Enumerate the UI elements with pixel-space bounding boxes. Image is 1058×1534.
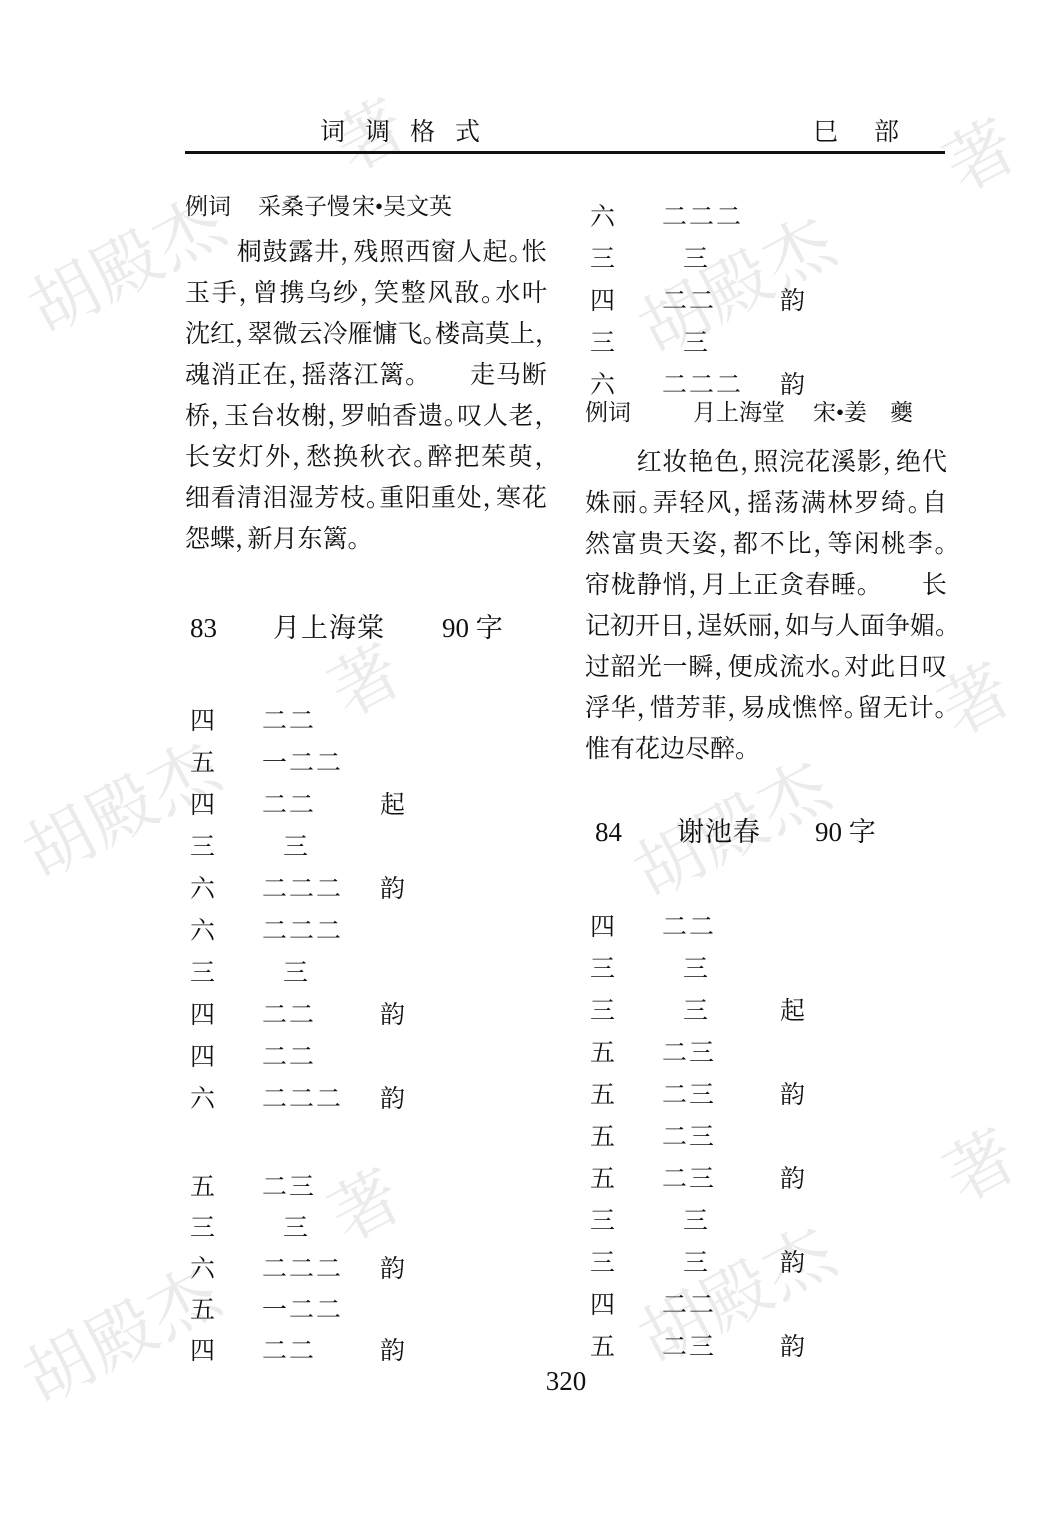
pattern-row: 三三: [185, 1201, 547, 1242]
poem-char: 重: [379, 478, 404, 519]
tune-name: 谢池春: [677, 815, 761, 849]
poem-char: 自: [922, 483, 947, 524]
poem-char: 在: [263, 355, 288, 396]
poem-char: 李: [908, 524, 933, 565]
poem-line: 桥，玉台妆榭，罗帕香遗。叹人老，: [185, 396, 547, 437]
poem-line: 浮华，惜芳菲，易成憔悴。留无计。: [585, 688, 947, 729]
beat-pattern: 二二: [662, 907, 716, 943]
line-length-number: 三: [190, 953, 215, 989]
poem-char: 遗: [418, 396, 443, 437]
rhyme-marker: 韵: [380, 1331, 405, 1367]
poem-char: 溪: [831, 442, 856, 483]
pattern-row: 四二二: [585, 900, 947, 942]
poem-char: 水: [805, 647, 830, 688]
pattern-row: 三三: [185, 820, 547, 862]
poem-char: 。: [857, 565, 870, 606]
poem-char: 尽: [685, 729, 710, 770]
line-length-number: 四: [190, 1331, 215, 1367]
poem-char: 人: [457, 232, 482, 273]
poem-char: ，: [773, 606, 786, 647]
poem-char: ，: [327, 396, 340, 437]
poem-char: 莫: [485, 314, 510, 355]
beat-pattern: 三: [283, 953, 310, 989]
rhyme-marker: 韵: [380, 1079, 405, 1115]
poem-char: 月: [273, 519, 298, 560]
poem-char: 飞: [398, 314, 423, 355]
poem-char: 荡: [774, 483, 799, 524]
rhyme-marker: 韵: [380, 869, 405, 905]
poem-char: 边: [660, 729, 685, 770]
beat-pattern: 三: [683, 239, 710, 275]
poem-char: 惜: [650, 688, 675, 729]
poem-char: ，: [883, 442, 896, 483]
poem-line: 长安灯外，愁换秋衣。醉把茱萸，: [185, 437, 547, 478]
pattern-row: 六二二二韵: [185, 1072, 547, 1114]
poem-char: 看: [211, 478, 236, 519]
poem-char: ，: [288, 355, 301, 396]
beat-pattern: 三: [283, 1208, 310, 1244]
example-poem: 红妆艳色，照浣花溪影，绝代姝丽。弄轻风，摇荡满林罗绮。自然富贵天姿，都不比，等闲…: [585, 442, 947, 770]
poem-char: 天: [665, 524, 690, 565]
poem-char: 寒: [496, 478, 521, 519]
poem-char: 安: [212, 437, 237, 478]
poem-char: 弄: [653, 483, 678, 524]
poem-char: 曾: [253, 273, 278, 314]
page-number: 320: [185, 1366, 947, 1397]
line-length-number: 三: [590, 991, 615, 1027]
pattern-row: 四二二: [185, 1030, 547, 1072]
poem-char: [611, 442, 636, 483]
poem-char: 。: [508, 232, 521, 273]
poem-line: 桐鼓露井，残照西窗人起。怅: [185, 232, 547, 273]
poem-char: 。: [444, 396, 457, 437]
poem-char: 流: [779, 647, 804, 688]
poem-char: 计: [909, 688, 934, 729]
poem-char: 绝: [896, 442, 921, 483]
poem-char: 成: [766, 688, 791, 729]
poem-char: 照: [753, 442, 778, 483]
poem-char: 纱: [333, 273, 358, 314]
poem-char: 桐: [237, 232, 262, 273]
beat-pattern: 二三: [662, 1159, 716, 1195]
poem-char: 秋: [360, 437, 385, 478]
poem-char: 照: [379, 232, 404, 273]
poem-line: 细看清泪湿芳枝。重阳重处，寒花: [185, 478, 547, 519]
poem-char: 叹: [922, 647, 947, 688]
poem-char: [185, 232, 210, 273]
poem-char: 春: [805, 565, 830, 606]
poem-char: 处: [457, 478, 482, 519]
poem-char: 携: [280, 273, 305, 314]
poem-char: 。: [908, 483, 921, 524]
poem-char: 怅: [522, 232, 547, 273]
poem-char: 都: [733, 524, 758, 565]
poem-char: 影: [857, 442, 882, 483]
poem-char: ，: [239, 273, 252, 314]
poem-line: 魂消正在，摇落江篱。走马断: [185, 355, 547, 396]
beat-pattern: 二二二: [662, 197, 743, 233]
beat-pattern: 二三: [662, 1117, 716, 1153]
poem-char: 蝶: [210, 519, 235, 560]
poem-char: 贪: [779, 565, 804, 606]
pattern-row: 六二二二: [185, 904, 547, 946]
beat-pattern: 二二: [662, 1285, 716, 1321]
poem-char: 。: [934, 688, 947, 729]
watermark-author-suffix: 著: [933, 106, 1030, 206]
poem-char: ，: [292, 437, 305, 478]
poem-char: 玉: [224, 396, 249, 437]
pattern-rows: 四二二三三三三起五二三五二三韵五二三五二三韵三三三三韵四二二五二三韵: [585, 900, 947, 1362]
line-length-number: 五: [190, 1167, 215, 1203]
poem-char: 留: [857, 688, 882, 729]
poem-char: 不: [760, 524, 785, 565]
beat-pattern: 二二二: [262, 869, 343, 905]
poem-char: 便: [728, 647, 753, 688]
line-length-number: 三: [590, 1201, 615, 1237]
poem-line: 然富贵天姿，都不比，等闲桃李。: [585, 524, 947, 565]
poem-char: 萸: [508, 437, 533, 478]
poem-char: 魂: [185, 355, 210, 396]
beat-pattern: 二二二: [262, 911, 343, 947]
poem-char: 妆: [276, 396, 301, 437]
poem-char: 媚: [910, 606, 935, 647]
rhyme-marker: 韵: [780, 1075, 805, 1111]
poem-char: 微: [273, 314, 298, 355]
poem-char: 湿: [288, 478, 313, 519]
poem-char: 惟: [585, 729, 610, 770]
poem-char: 正: [753, 565, 778, 606]
pattern-row: 四二二: [585, 1278, 947, 1320]
beat-pattern: 二二: [262, 1331, 316, 1367]
poem-char: 玉: [185, 273, 210, 314]
poem-char: 风: [428, 273, 453, 314]
poem-char: 把: [454, 437, 479, 478]
poem-char: 人: [483, 396, 508, 437]
line-length-number: 五: [590, 1075, 615, 1111]
poem-char: 。: [366, 478, 379, 519]
pattern-row: 五二三韵: [585, 1068, 947, 1110]
poem-char: 瞬: [688, 647, 713, 688]
pattern-row: 三三: [585, 232, 947, 274]
poem-char: 红: [210, 314, 235, 355]
poem-char: 榭: [301, 396, 326, 437]
line-length-number: 四: [190, 785, 215, 821]
tune-number: 84: [595, 815, 622, 849]
pattern-row: 六二二二韵: [185, 1242, 547, 1283]
rhyme-marker: 起: [780, 991, 805, 1027]
poem-char: ，: [483, 478, 496, 519]
pattern-row: 五二三: [585, 1026, 947, 1068]
poem-char: 易: [741, 688, 766, 729]
beat-pattern: 二二: [262, 785, 316, 821]
example-author-given-name: 夔: [890, 398, 913, 428]
poem-char: 记: [585, 606, 610, 647]
beat-pattern: 二二: [262, 701, 316, 737]
poem-char: ，: [535, 437, 548, 478]
poem-char: [418, 355, 443, 396]
poem-char: 楼: [435, 314, 460, 355]
rhyme-marker: 韵: [780, 1159, 805, 1195]
poem-char: ，: [714, 647, 727, 688]
beat-pattern: 二三: [662, 1075, 716, 1111]
poem-char: 。: [639, 483, 652, 524]
poem-char: 落: [328, 355, 353, 396]
pattern-rows-carryover: 六二二二三三四二二韵三三六二二二韵: [585, 190, 947, 400]
poem-char: 栊: [611, 565, 636, 606]
poem-char: 风: [706, 483, 731, 524]
beat-pattern: 一二二: [262, 1290, 343, 1326]
poem-char: 江: [353, 355, 378, 396]
rhyme-marker: 起: [380, 785, 405, 821]
pattern-row: 五二三韵: [585, 1320, 947, 1362]
poem-char: 台: [250, 396, 275, 437]
watermark-author-suffix: 著: [933, 1116, 1030, 1216]
poem-char: 外: [265, 437, 290, 478]
pattern-row: 三三: [585, 316, 947, 358]
poem-char: 悄: [663, 565, 688, 606]
poem-char: 露: [288, 232, 313, 273]
poem-char: ，: [235, 314, 248, 355]
poem-char: 换: [333, 437, 358, 478]
poem-char: 妆: [663, 442, 688, 483]
poem-char: 马: [496, 355, 521, 396]
line-length-number: 六: [190, 869, 215, 905]
poem-char: 篱: [323, 519, 348, 560]
poem-char: 阳: [405, 478, 430, 519]
line-length-number: 四: [190, 701, 215, 737]
poem-char: 等: [828, 524, 853, 565]
pattern-row: 六二二二: [585, 190, 947, 232]
poem-char: 姿: [692, 524, 717, 565]
poem-char: ，: [211, 396, 224, 437]
example-word-label: 例词: [585, 398, 631, 428]
poem-char: 芳: [676, 688, 701, 729]
poem-char: 面: [860, 606, 885, 647]
beat-pattern: 一二二: [262, 743, 343, 779]
poem-char: 。: [831, 647, 844, 688]
beat-pattern: 三: [683, 323, 710, 359]
poem-char: 芳: [314, 478, 339, 519]
poem-char: 笑: [374, 273, 399, 314]
poem-char: 起: [483, 232, 508, 273]
poem-char: 摇: [747, 483, 772, 524]
poem-char: 与: [810, 606, 835, 647]
poem-char: 。: [481, 273, 494, 314]
example-word-label: 例词: [185, 192, 231, 222]
poem-char: 罗: [341, 396, 366, 437]
poem-char: [585, 442, 610, 483]
poem-line: 沈红，翠微云冷雁慵飞。楼高莫上，: [185, 314, 547, 355]
poem-char: 花: [522, 478, 547, 519]
poem-char: 有: [610, 729, 635, 770]
poem-char: 枝: [340, 478, 365, 519]
poem-line: 记初开日，逞妖丽，如与人面争媚。: [585, 606, 947, 647]
pattern-rows-stanza1: 四二二五一二二四二二起三三六二二二韵六二二二三三四二二韵四二二六二二二韵: [185, 694, 547, 1114]
poem-char: 静: [637, 565, 662, 606]
poem-char: 无: [883, 688, 908, 729]
poem-char: 罗: [854, 483, 879, 524]
poem-char: 摇: [302, 355, 327, 396]
beat-pattern: 二二: [262, 995, 316, 1031]
tune-length: 90 字: [442, 611, 503, 645]
poem-char: ，: [733, 483, 746, 524]
poem-char: 正: [237, 355, 262, 396]
line-length-number: 三: [590, 239, 615, 275]
beat-pattern: 二二二: [262, 1249, 343, 1285]
poem-char: 比: [787, 524, 812, 565]
poem-char: 色: [714, 442, 739, 483]
pattern-row: 四二二韵: [585, 274, 947, 316]
poem-char: 花: [805, 442, 830, 483]
poem-char: 衣: [387, 437, 412, 478]
pattern-row: 四二二: [185, 694, 547, 736]
line-length-number: 六: [190, 1249, 215, 1285]
poem-char: 代: [922, 442, 947, 483]
line-length-number: 五: [590, 1033, 615, 1069]
beat-pattern: 二二: [262, 1037, 316, 1073]
poem-line: 惟有花边尽醉。: [585, 729, 947, 770]
poem-char: 轻: [680, 483, 705, 524]
poem-char: 鼓: [263, 232, 288, 273]
poem-char: 高: [460, 314, 485, 355]
poem-line: 红妆艳色，照浣花溪影，绝代: [585, 442, 947, 483]
poem-char: 丽: [612, 483, 637, 524]
beat-pattern: 三: [683, 1201, 710, 1237]
pattern-row: 四二二韵: [185, 988, 547, 1030]
tune-number: 83: [190, 611, 217, 645]
rhyme-marker: 韵: [380, 1249, 405, 1285]
poem-char: ，: [535, 314, 548, 355]
line-length-number: 三: [190, 827, 215, 863]
poem-char: 醉: [710, 729, 735, 770]
pattern-row: 五二三: [585, 1110, 947, 1152]
poem-char: 对: [844, 647, 869, 688]
left-column: 例词 采桑子慢 宋•吴文英 桐鼓露井，残照西窗人起。怅玉手，曾携乌纱，笑整风敔。…: [185, 0, 547, 1534]
beat-pattern: 三: [283, 827, 310, 863]
poem-char: 茱: [481, 437, 506, 478]
poem-char: 花: [635, 729, 660, 770]
poem-char: [211, 232, 236, 273]
pattern-row: 三三: [585, 1194, 947, 1236]
example-tune-title: 月上海堂: [693, 398, 785, 428]
poem-char: 云: [298, 314, 323, 355]
example-author: 宋•吴文英: [352, 192, 452, 222]
rhyme-marker: 韵: [780, 365, 805, 401]
beat-pattern: 二二二: [662, 365, 743, 401]
poem-char: ，: [685, 606, 698, 647]
poem-char: 绮: [881, 483, 906, 524]
poem-char: 醉: [428, 437, 453, 478]
tune-heading: 83 月上海棠 90 字: [185, 611, 547, 647]
poem-char: 手: [212, 273, 237, 314]
tune-name: 月上海棠: [273, 611, 385, 645]
pattern-row: 五一二二: [185, 1283, 547, 1324]
line-length-number: 三: [590, 949, 615, 985]
poem-char: 日: [896, 647, 921, 688]
poem-char: 翠: [248, 314, 273, 355]
line-length-number: 六: [190, 1079, 215, 1115]
poem-char: 红: [637, 442, 662, 483]
poem-char: 。: [935, 606, 948, 647]
poem-char: 敔: [454, 273, 479, 314]
pattern-row: 三三起: [585, 984, 947, 1026]
poem-char: 沈: [185, 314, 210, 355]
poem-char: 帕: [366, 396, 391, 437]
poem-char: [444, 355, 469, 396]
pattern-row: 三三: [585, 942, 947, 984]
poem-char: 悴: [818, 688, 843, 729]
poem-char: ，: [688, 565, 701, 606]
poem-char: 丽: [748, 606, 773, 647]
poem-char: 浣: [779, 442, 804, 483]
line-length-number: 五: [190, 1290, 215, 1326]
pattern-row: 五一二二: [185, 736, 547, 778]
poem-char: 水: [495, 273, 520, 314]
book-page: 胡殿杰著 胡殿杰著 胡殿杰著 胡殿杰著 胡殿杰著 胡殿杰著 词调格式 巳部 例词…: [0, 0, 1058, 1534]
poem-char: 林: [828, 483, 853, 524]
poem-char: 。: [405, 355, 418, 396]
poem-char: ，: [727, 688, 740, 729]
poem-char: ，: [534, 396, 547, 437]
poem-char: ，: [637, 688, 650, 729]
poem-char: 争: [885, 606, 910, 647]
poem-char: 初: [610, 606, 635, 647]
poem-char: 整: [401, 273, 426, 314]
poem-char: ，: [813, 524, 826, 565]
beat-pattern: 二三: [662, 1327, 716, 1363]
line-length-number: 五: [190, 743, 215, 779]
pattern-rows-stanza2: 五二三三三六二二二韵五一二二四二二韵: [185, 1160, 547, 1365]
poem-char: 韶: [611, 647, 636, 688]
line-length-number: 六: [190, 911, 215, 947]
poem-char: 月: [702, 565, 727, 606]
poem-char: 东: [298, 519, 323, 560]
poem-char: 。: [348, 519, 361, 560]
poem-char: 篱: [379, 355, 404, 396]
poem-char: ，: [719, 524, 732, 565]
poem-char: 断: [522, 355, 547, 396]
poem-char: 人: [835, 606, 860, 647]
poem-char: 满: [801, 483, 826, 524]
poem-char: 妖: [723, 606, 748, 647]
pattern-row: 四二二起: [185, 778, 547, 820]
poem-char: 消: [211, 355, 236, 396]
pattern-row: 六二二二韵: [185, 862, 547, 904]
poem-char: 开: [635, 606, 660, 647]
line-length-number: 三: [190, 1208, 215, 1244]
poem-char: 。: [413, 437, 426, 478]
example-word-line: 例词 月上海堂 宋•姜 夔: [585, 398, 947, 432]
poem-char: 井: [314, 232, 339, 273]
example-poem: 桐鼓露井，残照西窗人起。怅玉手，曾携乌纱，笑整风敔。水叶沈红，翠微云冷雁慵飞。楼…: [185, 232, 547, 560]
poem-char: 乌: [306, 273, 331, 314]
beat-pattern: 三: [683, 949, 710, 985]
poem-char: 新: [248, 519, 273, 560]
poem-char: 华: [611, 688, 636, 729]
poem-char: 。: [844, 688, 857, 729]
line-length-number: 四: [590, 907, 615, 943]
poem-char: 艳: [688, 442, 713, 483]
poem-char: 走: [470, 355, 495, 396]
poem-char: 香: [392, 396, 417, 437]
poem-char: 闲: [854, 524, 879, 565]
poem-char: 叶: [522, 273, 547, 314]
poem-line: 帘栊静悄，月上正贪春睡。长: [585, 565, 947, 606]
line-length-number: 五: [590, 1327, 615, 1363]
poem-char: 光: [637, 647, 662, 688]
poem-char: 富: [612, 524, 637, 565]
line-length-number: 四: [190, 995, 215, 1031]
